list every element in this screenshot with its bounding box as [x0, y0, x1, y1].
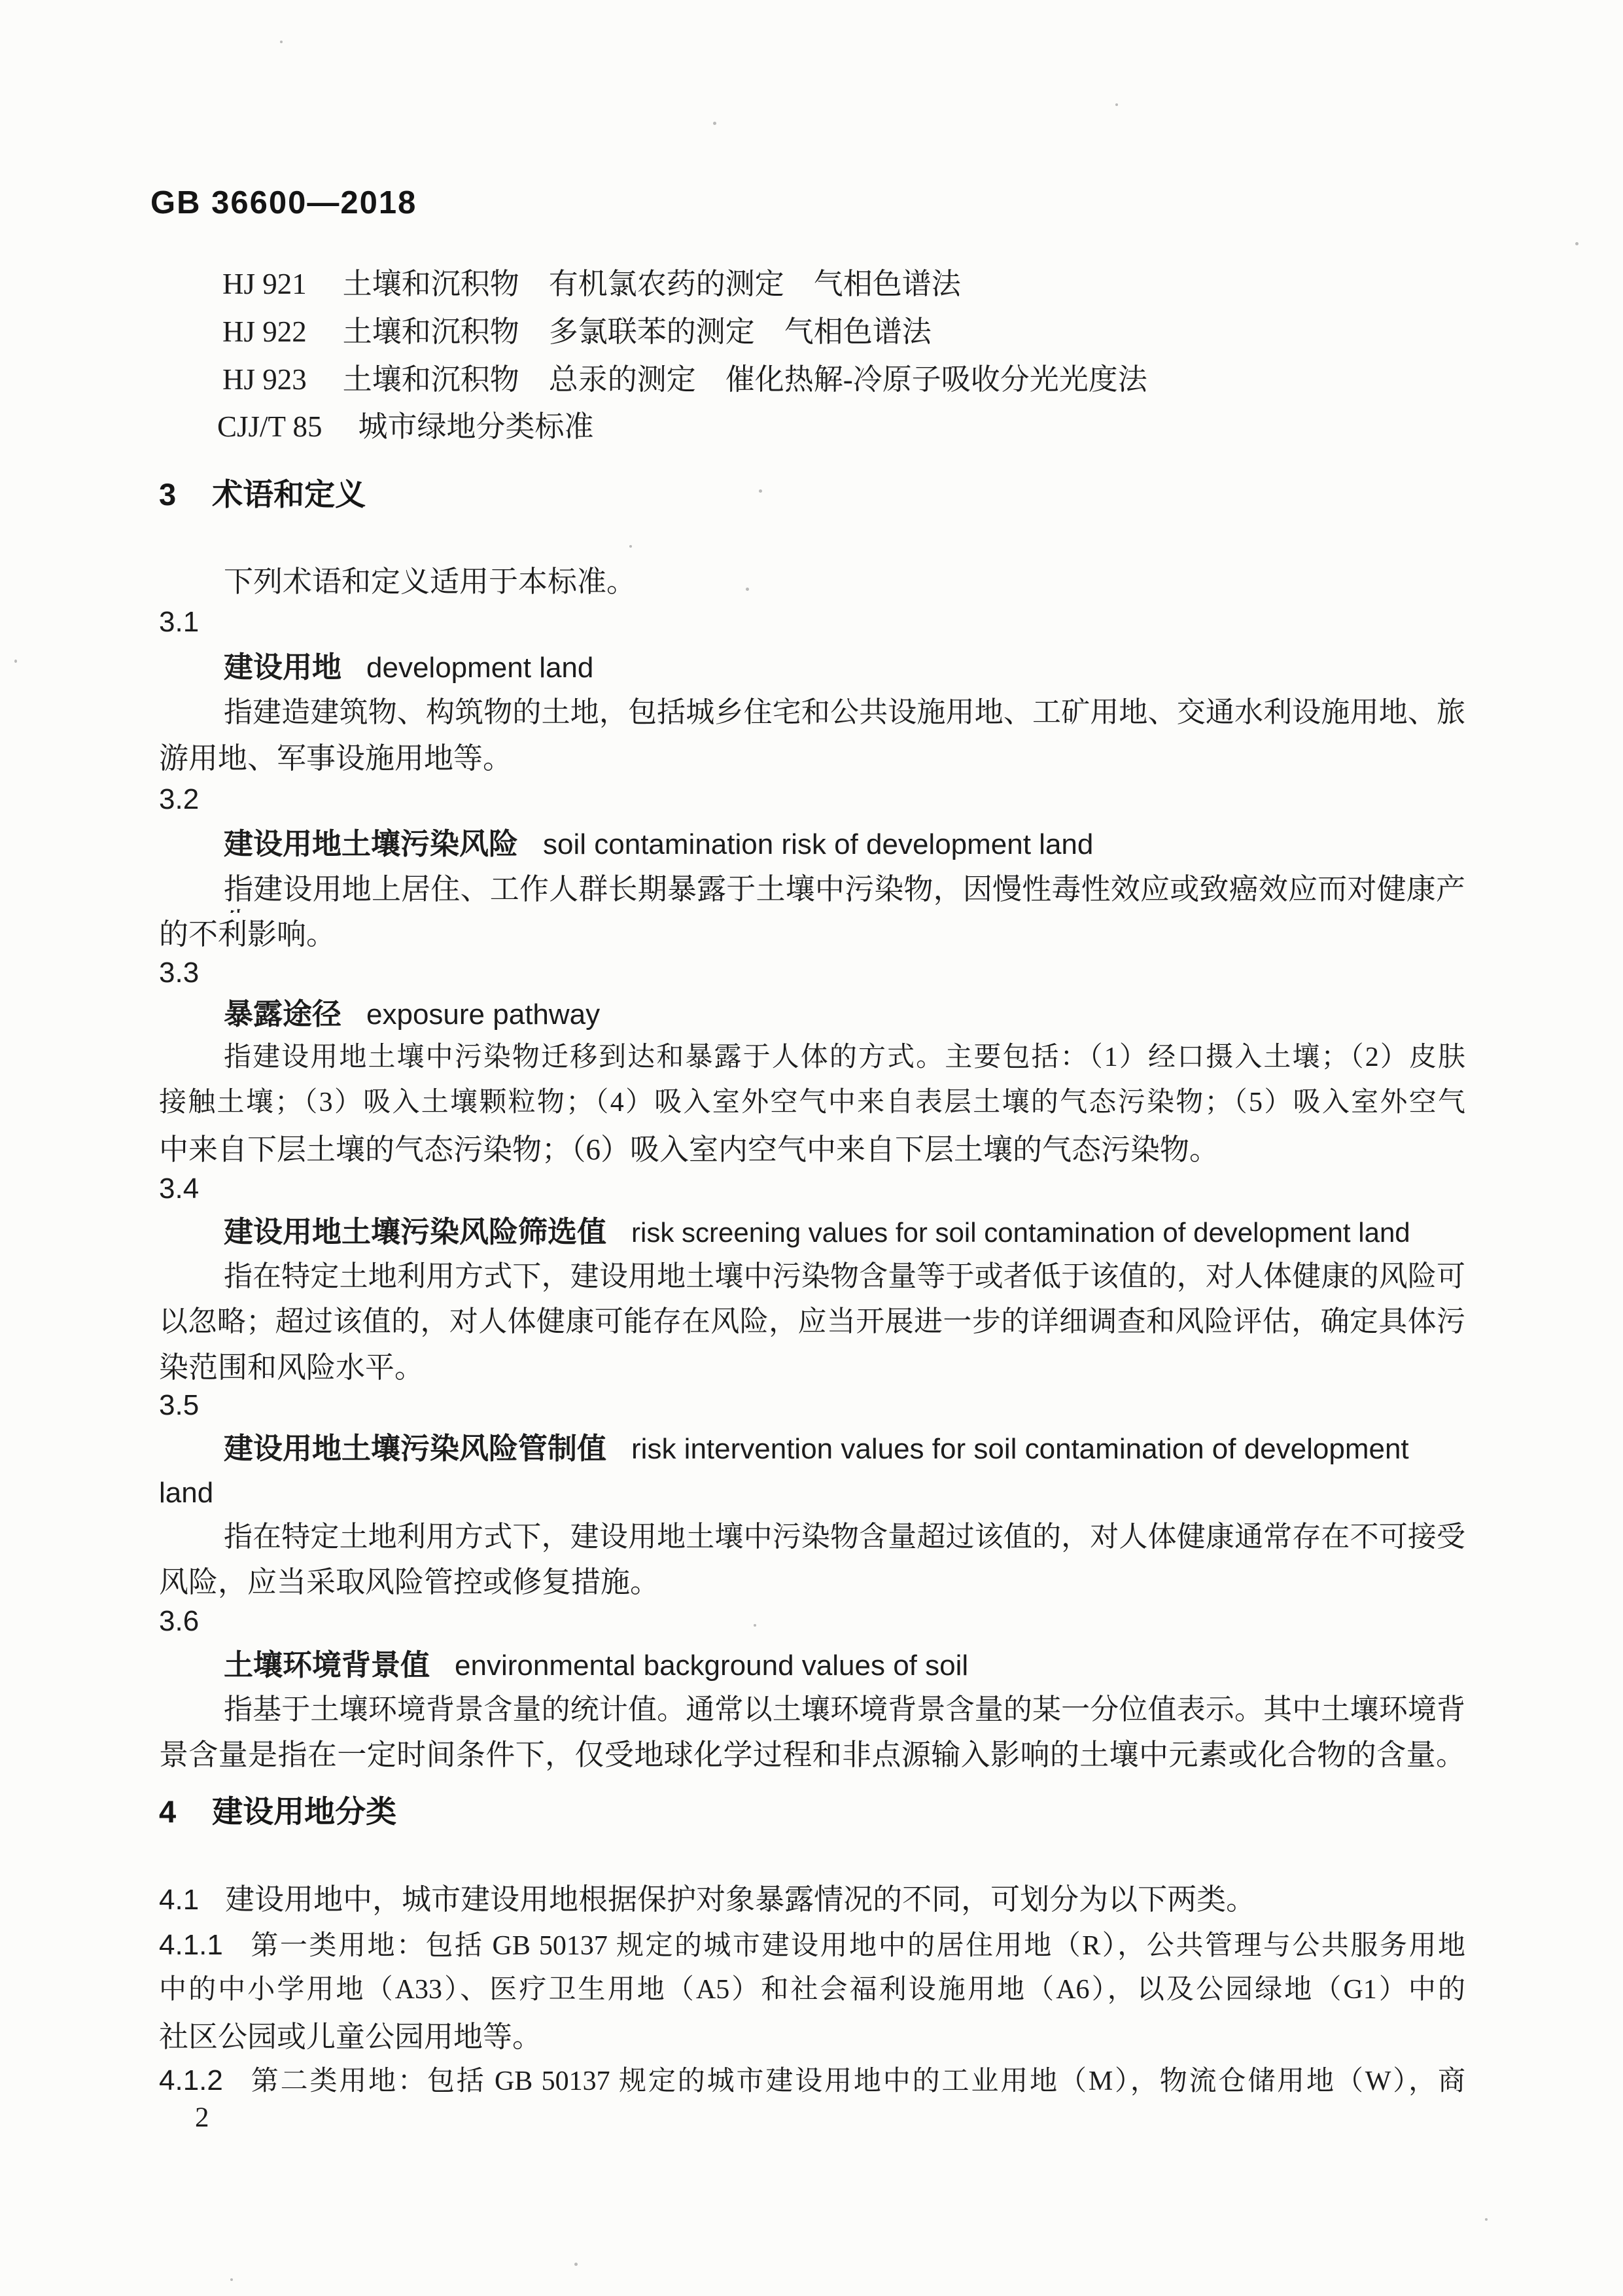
section-heading: 3术语和定义 [159, 476, 366, 512]
scan-speck [574, 2263, 578, 2266]
clause-text: 第一类用地：包括 GB 50137 规定的城市建设用地中的居住用地（R），公共管… [249, 1931, 1465, 1961]
term-zh: 暴露途径 [224, 997, 341, 1031]
reference-line: CJJ/T 85城市绿地分类标准 [217, 410, 593, 444]
definition-line: 指建造建筑物、构筑物的土地，包括城乡住宅和公共设施用地、工矿用地、交通水利设施用… [224, 696, 1465, 730]
section-number: 4 [159, 1794, 176, 1829]
standard-number: GB 36600—2018 [150, 185, 417, 222]
page-number: 2 [195, 2102, 209, 2135]
scan-speck [1115, 103, 1118, 106]
term-number: 3.5 [159, 1388, 199, 1422]
reference-text: 土壤和沉积物 总汞的测定 催化热解-冷原子吸收分光光度法 [343, 363, 1147, 396]
clause-line: 社区公园或儿童公园用地等。 [159, 2020, 542, 2055]
term-en: risk screening values for soil contamina… [631, 1217, 1410, 1248]
scan-speck [230, 2278, 233, 2281]
term-en-overflow: land [159, 1476, 213, 1510]
definition-line: 接触土壤；（3）吸入土壤颗粒物；（4）吸入室外空气中来自表层土壤的气态污染物；（… [159, 1087, 1465, 1120]
term-number: 3.3 [159, 956, 199, 990]
term-title: 建设用地土壤污染风险soil contamination risk of dev… [224, 826, 1093, 862]
clause-number: 4.1.2 [159, 2064, 223, 2096]
scan-speck [759, 489, 762, 493]
term-number: 3.1 [159, 605, 199, 639]
definition-line: 染范围和风险水平。 [159, 1351, 424, 1385]
term-zh: 建设用地土壤污染风险 [224, 827, 518, 860]
term-number: 3.4 [159, 1172, 199, 1206]
term-zh: 建设用地土壤污染风险筛选值 [224, 1215, 606, 1248]
reference-line: HJ 921土壤和沉积物 有机氯农药的测定 气相色谱法 [222, 267, 961, 302]
term-title: 建设用地土壤污染风险管制值risk intervention values fo… [224, 1431, 1409, 1466]
term-en: environmental background values of soil [455, 1650, 968, 1682]
term-zh: 土壤环境背景值 [224, 1648, 430, 1682]
scan-speck [14, 660, 17, 663]
scan-speck [629, 545, 632, 548]
definition-line: 指建设用地土壤中污染物迁移到达和暴露于人体的方式。主要包括：（1）经口摄入土壤；… [224, 1042, 1465, 1074]
reference-code: HJ 921 [222, 268, 307, 300]
section-intro: 下列术语和定义适用于本标准。 [224, 565, 636, 599]
scan-speck [280, 41, 283, 43]
reference-text: 土壤和沉积物 有机氯农药的测定 气相色谱法 [343, 268, 961, 300]
clause-text: 第二类用地：包括 GB 50137 规定的城市建设用地中的工业用地（M），物流仓… [249, 2066, 1465, 2096]
definition-line: 指在特定土地利用方式下，建设用地土壤中污染物含量超过该值的，对人体健康通常存在不… [224, 1520, 1465, 1554]
reference-text: 城市绿地分类标准 [358, 410, 593, 443]
clause-number: 4.1.1 [159, 1929, 223, 1961]
definition-line: 指在特定土地利用方式下，建设用地土壤中污染物含量等于或者低于该值的，对人体健康的… [224, 1260, 1465, 1294]
definition-line: 游用地、军事设施用地等。 [159, 741, 512, 776]
definition-line: 指建设用地上居住、工作人群长期暴露于土壤中污染物，因慢性毒性效应或致癌效应而对健… [224, 872, 1465, 913]
clause-line: 4.1建设用地中，城市建设用地根据保护对象暴露情况的不同，可划分为以下两类。 [159, 1882, 1255, 1917]
term-en: development land [366, 652, 593, 684]
definition-line: 以忽略；超过该值的，对人体健康可能存在风险，应当开展进一步的详细调查和风险评估，… [159, 1305, 1465, 1339]
reference-code: HJ 922 [222, 315, 307, 348]
scan-speck [746, 588, 749, 591]
document-page: GB 36600—2018 HJ 921土壤和沉积物 有机氯农药的测定 气相色谱… [0, 0, 1623, 2296]
clause-line: 4.1.1第一类用地：包括 GB 50137 规定的城市建设用地中的居住用地（R… [159, 1928, 1465, 1963]
term-title: 建设用地development land [224, 650, 593, 685]
scan-speck [1485, 2218, 1488, 2221]
term-title: 暴露途径exposure pathway [224, 997, 600, 1032]
reference-line: HJ 923土壤和沉积物 总汞的测定 催化热解-冷原子吸收分光光度法 [222, 362, 1147, 397]
term-en: risk intervention values for soil contam… [631, 1433, 1409, 1465]
clause-line: 4.1.2第二类用地：包括 GB 50137 规定的城市建设用地中的工业用地（M… [159, 2064, 1465, 2098]
section-heading: 4建设用地分类 [159, 1793, 396, 1829]
clause-line: 中的中小学用地（A33）、医疗卫生用地（A5）和社会福利设施用地（A6），以及公… [159, 1974, 1465, 2007]
clause-number: 4.1 [159, 1884, 199, 1916]
term-number: 3.2 [159, 783, 199, 817]
scan-speck [1575, 242, 1579, 245]
definition-line: 风险，应当采取风险管控或修复措施。 [159, 1565, 659, 1600]
section-title: 建设用地分类 [212, 1794, 396, 1829]
term-zh: 建设用地 [224, 650, 341, 684]
definition-line: 中来自下层土壤的气态污染物；（6）吸入室内空气中来自下层土壤的气态污染物。 [159, 1133, 1219, 1167]
reference-code: CJJ/T 85 [217, 410, 322, 443]
term-zh: 建设用地土壤污染风险管制值 [224, 1432, 606, 1465]
term-en: exposure pathway [366, 998, 600, 1031]
reference-text: 土壤和沉积物 多氯联苯的测定 气相色谱法 [343, 315, 932, 348]
clause-text: 建设用地中，城市建设用地根据保护对象暴露情况的不同，可划分为以下两类。 [225, 1883, 1255, 1916]
definition-line: 指基于土壤环境背景含量的统计值。通常以土壤环境背景含量的某一分位值表示。其中土壤… [224, 1693, 1465, 1727]
scan-speck [754, 1624, 756, 1627]
definition-line: 的不利影响。 [159, 917, 336, 952]
definition-line: 景含量是指在一定时间条件下，仅受地球化学过程和非点源输入影响的土壤中元素或化合物… [159, 1738, 1465, 1773]
section-number: 3 [159, 477, 176, 512]
term-number: 3.6 [159, 1604, 199, 1638]
term-en: soil contamination risk of development l… [543, 828, 1093, 860]
reference-code: HJ 923 [222, 363, 307, 396]
scan-speck [713, 122, 716, 125]
section-title: 术语和定义 [212, 477, 366, 512]
term-title: 土壤环境背景值environmental background values o… [224, 1648, 968, 1683]
term-title: 建设用地土壤污染风险筛选值risk screening values for s… [224, 1214, 1410, 1250]
reference-line: HJ 922土壤和沉积物 多氯联苯的测定 气相色谱法 [222, 315, 932, 349]
